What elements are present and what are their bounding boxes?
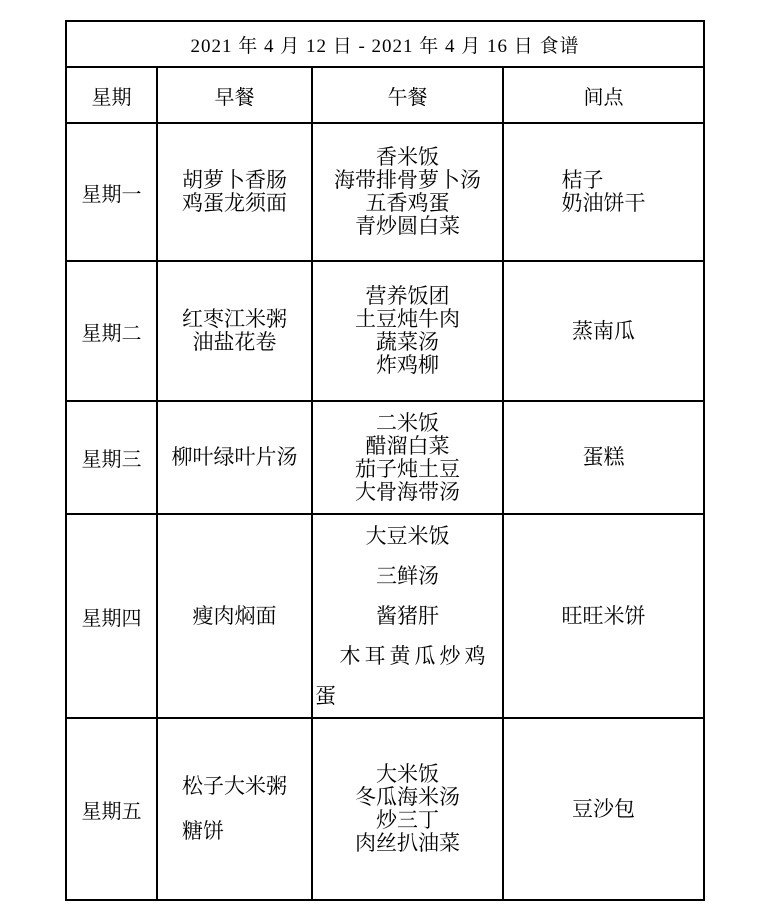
menu-line: 五香鸡蛋	[313, 192, 502, 215]
menu-line: 大骨海带汤	[313, 481, 502, 504]
lunch-cell: 二米饭 醋溜白菜 茄子炖土豆 大骨海带汤	[312, 401, 503, 514]
menu-line: 蒸南瓜	[504, 320, 703, 343]
menu-line: 蛋	[313, 676, 502, 716]
title-row: 2021 年 4 月 12 日 - 2021 年 4 月 16 日 食谱	[66, 21, 704, 67]
menu-line: 茄子炖土豆	[313, 458, 502, 481]
breakfast-cell: 红枣江米粥 油盐花卷	[157, 261, 312, 401]
col-header-snack: 间点	[503, 67, 704, 123]
menu-line: 香米饭	[313, 146, 502, 169]
menu-line: 糖饼	[182, 809, 287, 854]
breakfast-cell: 松子大米粥 糖饼	[157, 718, 312, 900]
menu-line: 柳叶绿叶片汤	[158, 446, 311, 469]
table-title: 2021 年 4 月 12 日 - 2021 年 4 月 16 日 食谱	[66, 21, 704, 67]
col-header-breakfast: 早餐	[157, 67, 312, 123]
day-cell: 星期五	[66, 718, 157, 900]
table-row-monday: 星期一 胡萝卜香肠 鸡蛋龙须面 香米饭 海带排骨萝卜汤 五香鸡蛋 青炒圆白菜 桔…	[66, 123, 704, 261]
menu-line: 瘦肉焖面	[158, 605, 311, 628]
menu-line: 二米饭	[313, 412, 502, 435]
menu-line: 胡萝卜香肠	[158, 169, 311, 192]
day-cell: 星期二	[66, 261, 157, 401]
snack-cell: 豆沙包	[503, 718, 704, 900]
menu-line: 营养饭团	[313, 285, 502, 308]
menu-line: 肉丝扒油菜	[313, 832, 502, 855]
menu-line: 蔬菜汤	[313, 331, 502, 354]
lunch-cell: 香米饭 海带排骨萝卜汤 五香鸡蛋 青炒圆白菜	[312, 123, 503, 261]
menu-line: 奶油饼干	[561, 192, 645, 215]
menu-line: 旺旺米饼	[504, 605, 703, 628]
day-cell: 星期三	[66, 401, 157, 514]
lunch-cell: 大豆米饭 三鲜汤 酱猪肝 木耳黄瓜炒鸡 蛋	[312, 514, 503, 718]
table-row-wednesday: 星期三 柳叶绿叶片汤 二米饭 醋溜白菜 茄子炖土豆 大骨海带汤 蛋糕	[66, 401, 704, 514]
menu-line: 青炒圆白菜	[313, 215, 502, 238]
menu-line: 油盐花卷	[158, 331, 311, 354]
table-row-thursday: 星期四 瘦肉焖面 大豆米饭 三鲜汤 酱猪肝 木耳黄瓜炒鸡 蛋 旺旺米饼	[66, 514, 704, 718]
menu-line: 土豆炖牛肉	[313, 308, 502, 331]
day-cell: 星期一	[66, 123, 157, 261]
menu-table: 2021 年 4 月 12 日 - 2021 年 4 月 16 日 食谱 星期 …	[65, 20, 705, 901]
breakfast-lines: 松子大米粥 糖饼	[182, 764, 287, 854]
menu-line: 三鲜汤	[313, 556, 502, 596]
menu-line: 海带排骨萝卜汤	[313, 169, 502, 192]
menu-line: 大米饭	[313, 763, 502, 786]
snack-cell: 桔子 奶油饼干	[503, 123, 704, 261]
breakfast-cell: 柳叶绿叶片汤	[157, 401, 312, 514]
menu-line: 大豆米饭	[313, 516, 502, 556]
breakfast-cell: 胡萝卜香肠 鸡蛋龙须面	[157, 123, 312, 261]
menu-line: 炒三丁	[313, 809, 502, 832]
menu-line: 桔子	[561, 169, 645, 192]
menu-line: 冬瓜海米汤	[313, 786, 502, 809]
snack-cell: 蛋糕	[503, 401, 704, 514]
table-row-friday: 星期五 松子大米粥 糖饼 大米饭 冬瓜海米汤 炒三丁 肉丝扒油菜 豆沙包	[66, 718, 704, 900]
menu-line: 木耳黄瓜炒鸡	[327, 636, 502, 676]
menu-line: 松子大米粥	[182, 764, 287, 809]
breakfast-cell: 瘦肉焖面	[157, 514, 312, 718]
lunch-cell: 大米饭 冬瓜海米汤 炒三丁 肉丝扒油菜	[312, 718, 503, 900]
table-row-tuesday: 星期二 红枣江米粥 油盐花卷 营养饭团 土豆炖牛肉 蔬菜汤 炸鸡柳 蒸南瓜	[66, 261, 704, 401]
snack-lines: 桔子 奶油饼干	[561, 169, 645, 215]
day-cell: 星期四	[66, 514, 157, 718]
menu-line: 酱猪肝	[313, 596, 502, 636]
col-header-day: 星期	[66, 67, 157, 123]
menu-line: 红枣江米粥	[158, 308, 311, 331]
menu-line: 豆沙包	[504, 798, 703, 821]
header-row: 星期 早餐 午餐 间点	[66, 67, 704, 123]
col-header-lunch: 午餐	[312, 67, 503, 123]
snack-cell: 旺旺米饼	[503, 514, 704, 718]
lunch-cell: 营养饭团 土豆炖牛肉 蔬菜汤 炸鸡柳	[312, 261, 503, 401]
menu-line: 鸡蛋龙须面	[158, 192, 311, 215]
menu-line: 炸鸡柳	[313, 354, 502, 377]
snack-cell: 蒸南瓜	[503, 261, 704, 401]
menu-line: 蛋糕	[504, 446, 703, 469]
menu-line: 醋溜白菜	[313, 435, 502, 458]
